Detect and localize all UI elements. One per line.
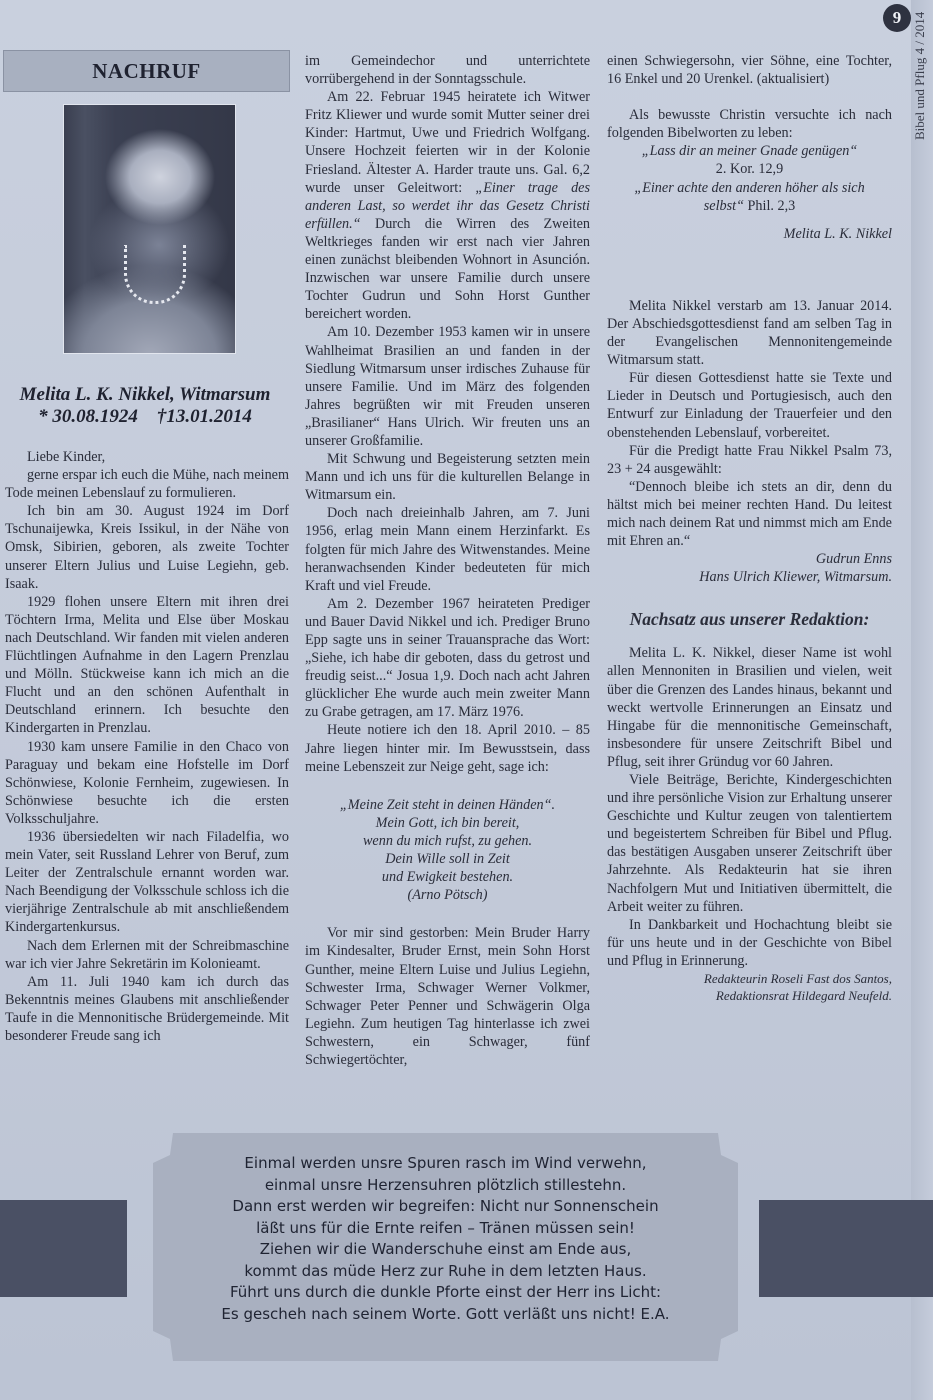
signature: Melita L. K. Nikkel <box>607 225 892 243</box>
poem: „Meine Zeit steht in deinen Händen“. Mei… <box>305 796 590 905</box>
paragraph: Vor mir sind gestorben: Mein Bruder Harr… <box>305 924 590 1069</box>
poem-line: „Meine Zeit steht in deinen Händen“. <box>305 796 590 814</box>
poem-author: (Arno Pötsch) <box>305 886 590 904</box>
subject-heading: Melita L. K. Nikkel, Witmarsum * 30.08.1… <box>0 384 290 428</box>
paragraph: Für diesen Gottesdienst hatte sie Texte … <box>607 369 892 441</box>
paragraph: Für die Predigt hatte Frau Nikkel Psalm … <box>607 442 892 478</box>
column-1: Liebe Kinder, gerne erspar ich euch die … <box>5 448 289 1045</box>
poem-line: Dein Wille soll in Zeit <box>305 850 590 868</box>
plaque-line: läßt uns für die Ernte reifen – Tränen m… <box>153 1218 738 1240</box>
plaque-line: kommt das müde Herz zur Ruhe in dem letz… <box>153 1261 738 1283</box>
paragraph: im Gemeindechor und unterrichtete vorrüb… <box>305 52 590 88</box>
plaque-line: Ziehen wir die Wanderschuhe einst am End… <box>153 1239 738 1261</box>
paragraph: Am 22. Februar 1945 heiratete ich Witwer… <box>305 88 590 323</box>
paragraph: Als bewusste Christin versuchte ich nach… <box>607 106 892 142</box>
paragraph: gerne erspar ich euch die Mühe, nach mei… <box>5 466 289 502</box>
paragraph: Am 2. Dezember 1967 heirateten Prediger … <box>305 595 590 722</box>
verse-reference: 2. Kor. 12,9 <box>607 160 892 178</box>
verse-reference: Phil. 2,3 <box>744 198 795 214</box>
poem-line: Mein Gott, ich bin bereit, <box>305 814 590 832</box>
pearl-necklace-detail <box>124 245 186 304</box>
paragraph: Am 11. Juli 1940 kam ich durch das Beken… <box>5 973 289 1045</box>
decorative-band-right <box>759 1200 933 1297</box>
paragraph: Nach dem Erlernen mit der Schreibmaschin… <box>5 937 289 973</box>
paragraph: Viele Beiträge, Berichte, Kindergeschich… <box>607 771 892 916</box>
plaque-line: Dann erst werden wir begreifen: Nicht nu… <box>153 1196 738 1218</box>
decorative-band-left <box>0 1200 127 1297</box>
paragraph: Melita L. K. Nikkel, dieser Name ist woh… <box>607 644 892 771</box>
magazine-page: 9 Bibel und Pflug 4 / 2014 NACHRUF Melit… <box>0 0 933 1400</box>
plaque-line: einmal unsre Herzensuhren plötzlich stil… <box>153 1175 738 1197</box>
verse: „Einer achte den anderen höher als sich <box>607 179 892 197</box>
editorial-heading: Nachsatz aus unserer Redaktion: <box>607 608 892 630</box>
column-2: im Gemeindechor und unterrichtete vorrüb… <box>305 52 590 1069</box>
signature: Gudrun Enns <box>607 550 892 568</box>
bible-verses: „Lass dir an meiner Gnade genügen“ 2. Ko… <box>607 142 892 214</box>
paragraph: einen Schwiegersohn, vier Söhne, eine To… <box>607 52 892 88</box>
running-head: Bibel und Pflug 4 / 2014 <box>912 0 928 140</box>
paragraph: 1930 kam unsere Familie in den Chaco von… <box>5 738 289 828</box>
paragraph: Am 10. Dezember 1953 kamen wir in unsere… <box>305 323 590 450</box>
paragraph: Doch nach dreieinhalb Jahren, am 7. Juni… <box>305 504 590 594</box>
verse: selbst“ <box>704 198 744 214</box>
paragraph: Liebe Kinder, <box>5 448 289 466</box>
psalm-quote: “Dennoch bleibe ich stets an dir, denn d… <box>607 478 892 550</box>
paragraph: 1929 flohen unsere Eltern mit ihren drei… <box>5 593 289 738</box>
page-number-badge: 9 <box>883 4 911 32</box>
page-edge-strip <box>911 0 933 1400</box>
poem-line: wenn du mich rufst, zu gehen. <box>305 832 590 850</box>
subject-dates: * 30.08.1924 †13.01.2014 <box>0 406 290 428</box>
subject-name: Melita L. K. Nikkel, Witmarsum <box>0 384 290 406</box>
verse: „Lass dir an meiner Gnade genügen“ <box>607 142 892 160</box>
signature: Hans Ulrich Kliewer, Witmarsum. <box>607 568 892 586</box>
signature: Redakteurin Roseli Fast dos Santos, <box>607 970 892 987</box>
paragraph: Melita Nikkel verstarb am 13. Januar 201… <box>607 297 892 369</box>
plaque-line: Einmal werden unsre Spuren rasch im Wind… <box>153 1153 738 1175</box>
paragraph: 1936 übersiedelten wir nach Filadelfia, … <box>5 828 289 937</box>
section-title: NACHRUF <box>92 59 201 84</box>
plaque-line: Führt uns durch die dunkle Pforte einst … <box>153 1282 738 1304</box>
plaque-line: Es gescheh nach seinem Worte. Gott verlä… <box>153 1304 738 1326</box>
paragraph: Heute notiere ich den 18. April 2010. – … <box>305 721 590 775</box>
plaque-poem: Einmal werden unsre Spuren rasch im Wind… <box>153 1153 738 1325</box>
signature: Redaktionsrat Hildegard Neufeld. <box>607 987 892 1004</box>
poem-line: und Ewigkeit bestehen. <box>305 868 590 886</box>
paragraph: In Dankbarkeit und Hochachtung bleibt si… <box>607 916 892 970</box>
paragraph: Ich bin am 30. August 1924 im Dorf Tschu… <box>5 502 289 592</box>
portrait-photo <box>63 104 236 354</box>
section-title-box: NACHRUF <box>3 50 290 92</box>
column-3: einen Schwiegersohn, vier Söhne, eine To… <box>607 52 892 1004</box>
paragraph: Mit Schwung und Begeisterung setzten mei… <box>305 450 590 504</box>
